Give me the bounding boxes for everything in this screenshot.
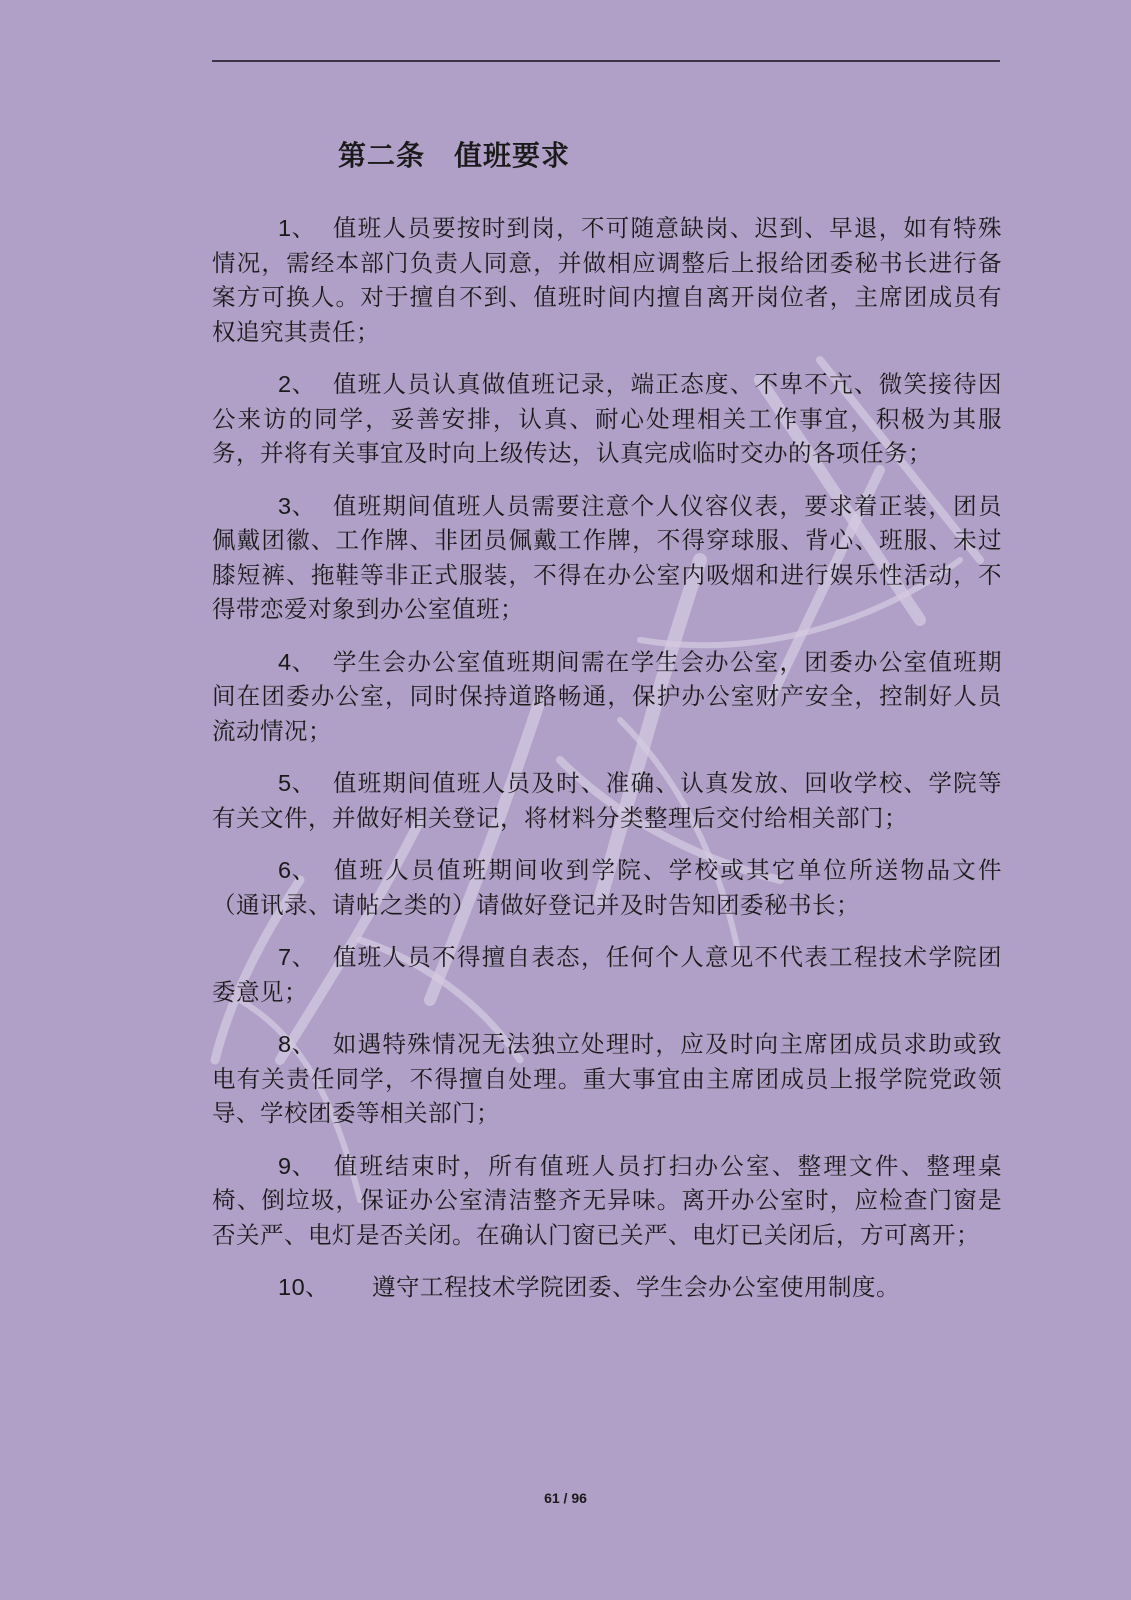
header-rule (212, 60, 1000, 62)
section-title: 第二条 值班要求 (338, 134, 570, 174)
rule-number: 1、 (278, 211, 332, 246)
rule-text: 遵守工程技术学院团委、学生会办公室使用制度。 (372, 1273, 900, 1301)
rule-item-9: 9、值班结束时，所有值班人员打扫办公室、整理文件、整理桌椅、倒垃圾，保证办公室清… (212, 1149, 1002, 1253)
rule-item-6: 6、值班人员值班期间收到学院、学校或其它单位所送物品文件（通讯录、请帖之类的）请… (212, 853, 1002, 922)
page-number: 61 / 96 (0, 1490, 1131, 1506)
rule-item-7: 7、值班人员不得擅自表态，任何个人意见不代表工程技术学院团委意见； (212, 940, 1002, 1009)
rule-number: 6、 (278, 853, 332, 888)
rule-item-2: 2、值班人员认真做值班记录，端正态度、不卑不亢、微笑接待因公来访的同学，妥善安排… (212, 367, 1002, 471)
rule-number: 5、 (278, 766, 332, 801)
rule-number: 4、 (278, 645, 332, 680)
rule-item-1: 1、值班人员要按时到岗，不可随意缺岗、迟到、早退，如有特殊情况，需经本部门负责人… (212, 211, 1002, 349)
rule-number: 7、 (278, 940, 332, 975)
rule-item-5: 5、值班期间值班人员及时、准确、认真发放、回收学校、学院等有关文件，并做好相关登… (212, 766, 1002, 835)
rule-item-10: 10、遵守工程技术学院团委、学生会办公室使用制度。 (212, 1270, 1002, 1305)
rule-number: 9、 (278, 1149, 332, 1184)
rule-item-3: 3、值班期间值班人员需要注意个人仪容仪表，要求着正装，团员佩戴团徽、工作牌、非团… (212, 489, 1002, 627)
rules-list: 1、值班人员要按时到岗，不可随意缺岗、迟到、早退，如有特殊情况，需经本部门负责人… (212, 211, 1002, 1323)
rule-item-8: 8、如遇特殊情况无法独立处理时，应及时向主席团成员求助或致电有关责任同学，不得擅… (212, 1027, 1002, 1131)
rule-item-4: 4、学生会办公室值班期间需在学生会办公室，团委办公室值班期间在团委办公室，同时保… (212, 645, 1002, 749)
rule-number: 8、 (278, 1027, 332, 1062)
rule-number: 3、 (278, 489, 332, 524)
rule-number: 10、 (278, 1270, 372, 1305)
rule-number: 2、 (278, 367, 332, 402)
